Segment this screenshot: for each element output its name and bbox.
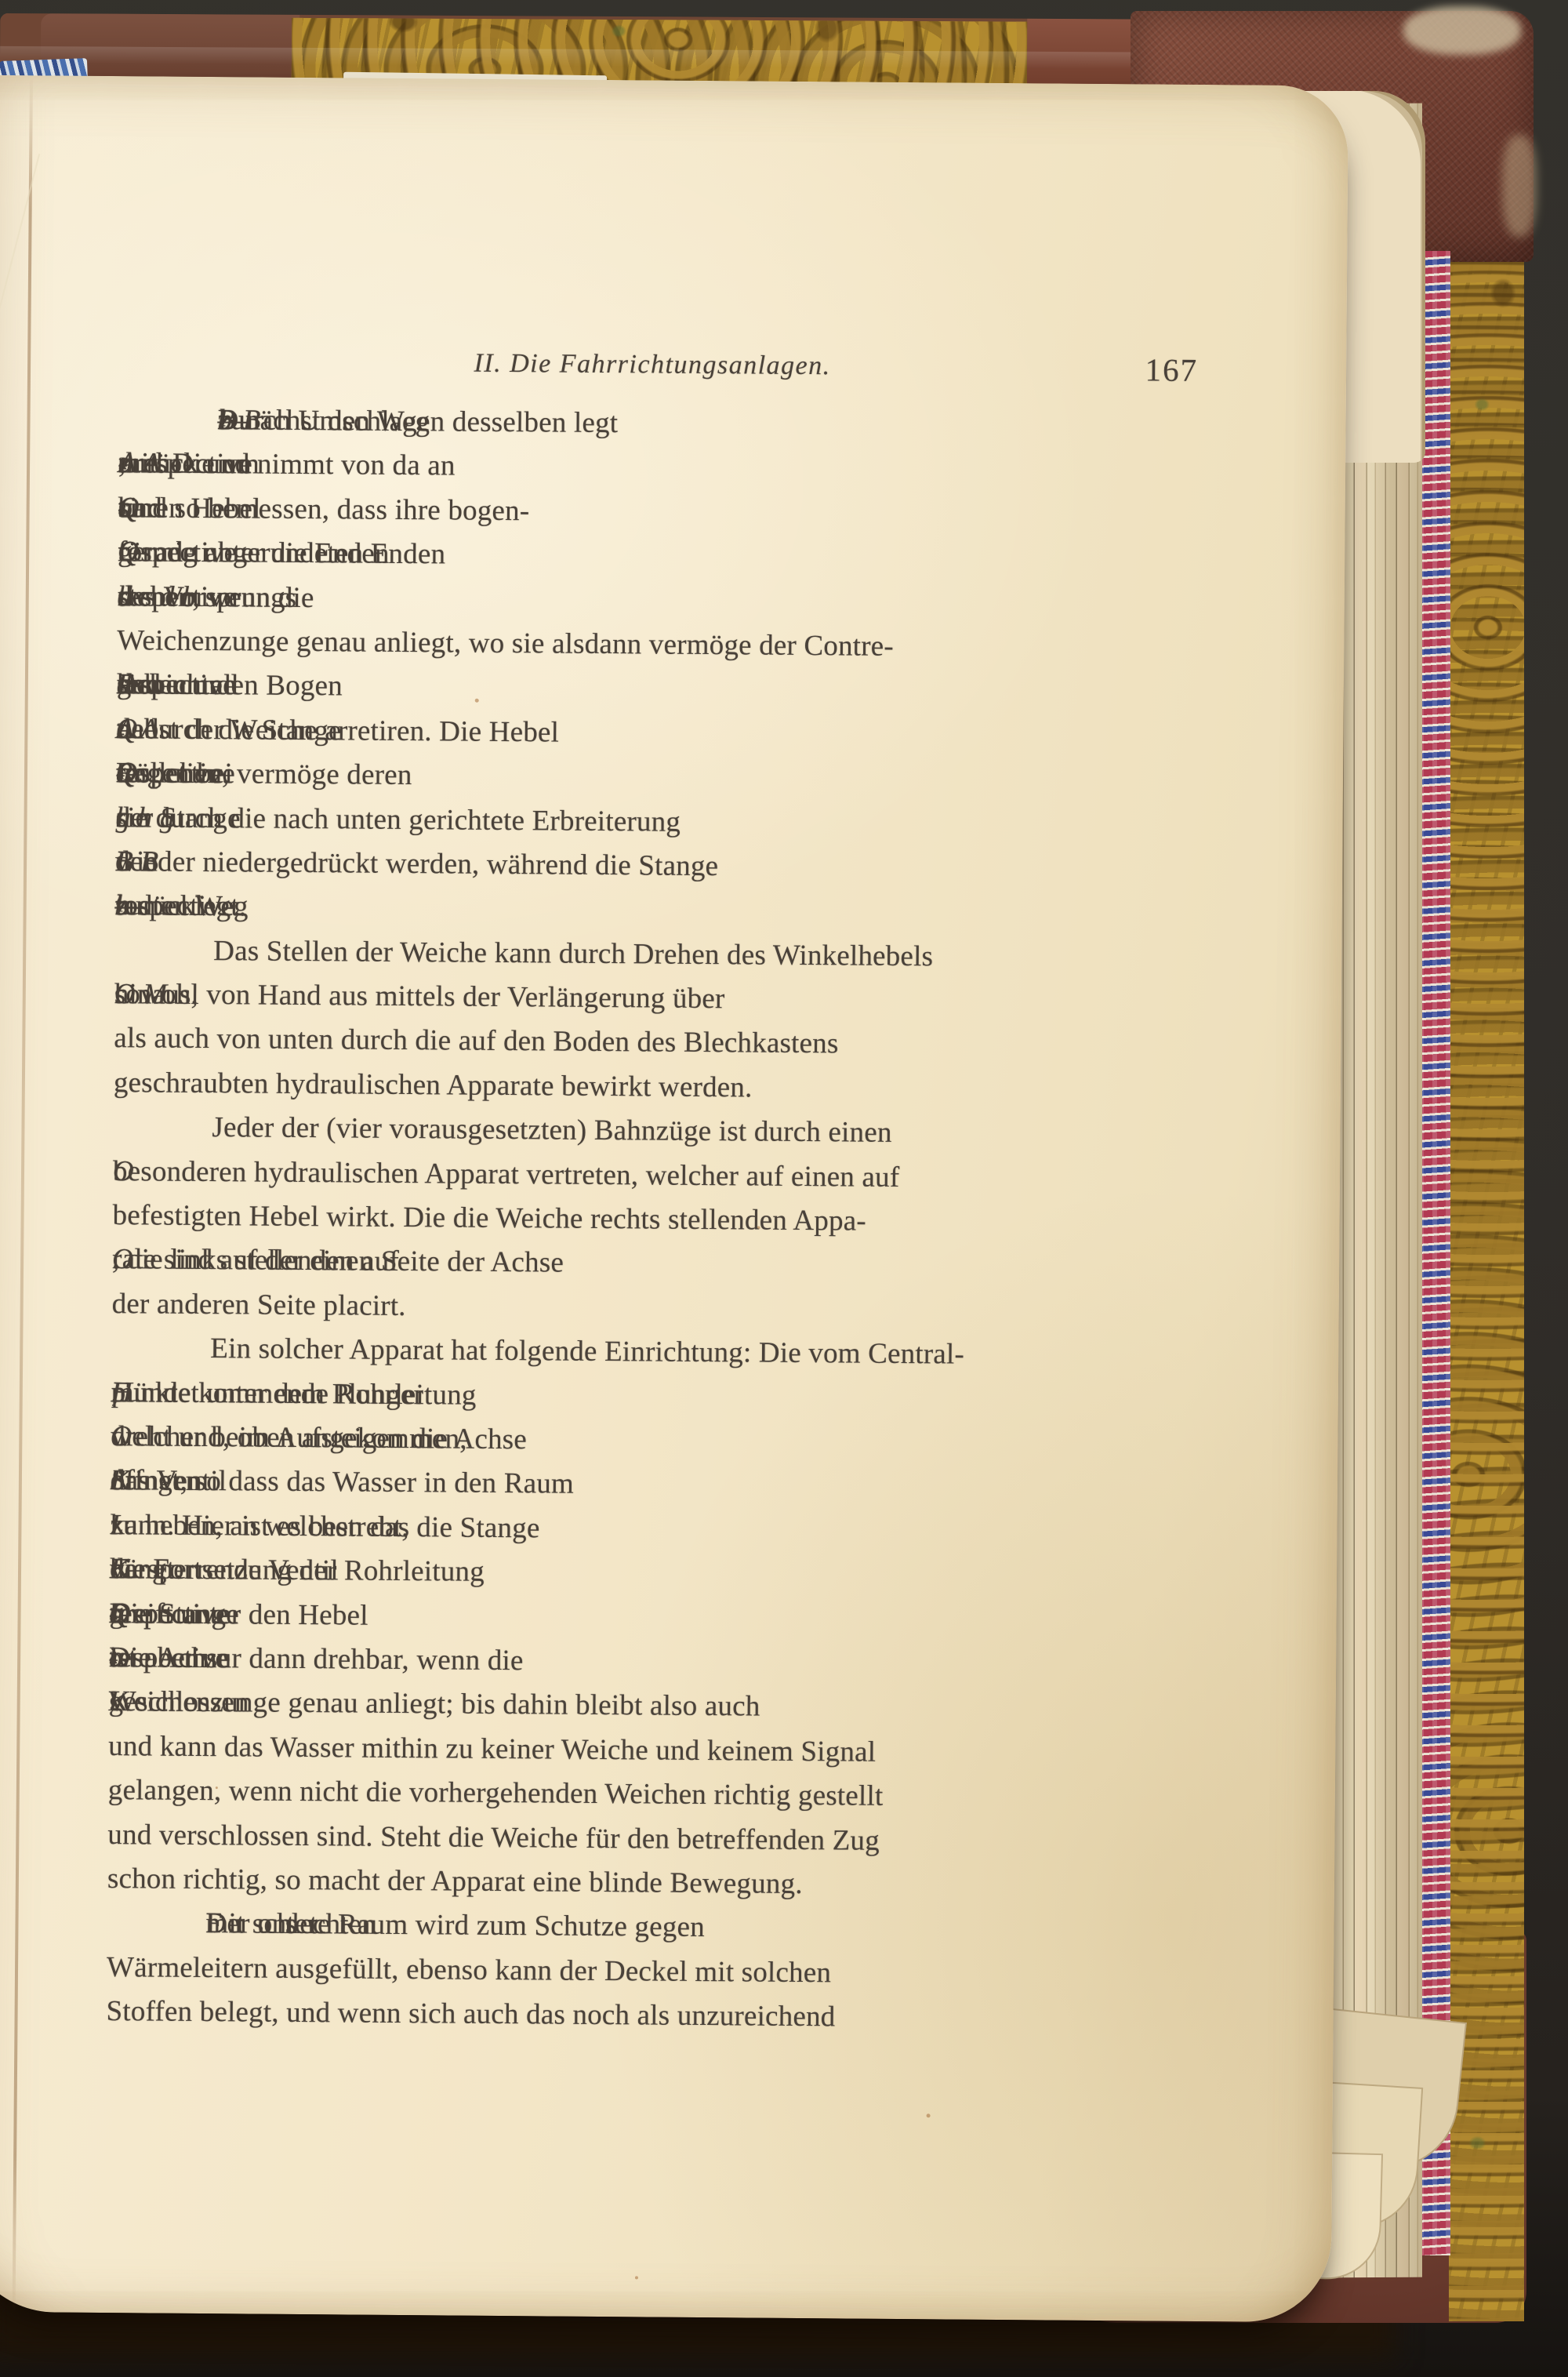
text-run: Weichenzunge genau anliegt, wo sie alsda… [117, 619, 894, 669]
text-run: der Stange [115, 796, 241, 841]
text-run: hinaus, [114, 972, 199, 1017]
text-run: besonderen hydraulischen Apparat vertret… [113, 1150, 900, 1200]
text-run: hängt. [110, 1547, 183, 1592]
text-run: mit schlechten [205, 1902, 376, 1947]
text-run: schon richtig, so macht der Apparat eine… [107, 1857, 803, 1906]
text-run: nebst der Weiche arretiren. Die Hebel [116, 707, 559, 755]
text-run: Jeder der (vier vorausgesetzten) Bahnzüg… [212, 1106, 892, 1155]
text-run: dringen [111, 1459, 201, 1503]
cover-marbled-board-edge [1449, 93, 1524, 2321]
text-run: geschlossen [108, 1680, 249, 1725]
text-block: Durch Umschlagen desselben legt B B1 zun… [106, 398, 1225, 2042]
page-number: 167 [1145, 351, 1198, 389]
worn-patch [1403, 6, 1521, 55]
text-run: und kann das Wasser mithin zu keiner Wei… [108, 1725, 876, 1775]
text-line: Stoffen belegt, und wenn sich auch das n… [106, 1990, 1213, 2042]
text-run: als auch von unten durch die auf den Bod… [114, 1017, 839, 1067]
text-run: Stoffen belegt, und wenn sich auch das n… [106, 1990, 835, 2040]
text-run: wieder niedergedrückt werden, während di… [115, 840, 719, 889]
text-run: heben und [117, 663, 238, 708]
text-run: gerade unter die Enden [118, 530, 390, 576]
text-run: Wärmeleitern ausgefüllt, ebenso kann der… [107, 1946, 832, 1996]
text-run: stehen, wenn die [118, 575, 314, 620]
page-crease [0, 154, 40, 580]
text-run: sind so bemessen, dass ihre bogen- [118, 486, 529, 534]
text-run: dreht und, oben angekommen, [111, 1415, 467, 1462]
gutter-crease [13, 75, 33, 2312]
fore-edge-marbling [1419, 251, 1450, 2255]
subscript: 1 [217, 398, 227, 442]
text-run: Ein solcher Apparat hat folgende Einrich… [210, 1327, 964, 1377]
text-run: den [115, 840, 158, 885]
text-run: Das Stellen der Weiche kann durch Drehen… [213, 929, 933, 980]
text-run: , [111, 1371, 119, 1415]
worn-patch [1502, 135, 1537, 237]
text-run: der anderen Seite placirt. [111, 1282, 405, 1328]
running-title: II. Die Fahrrichtungsanlagen. [119, 346, 1185, 384]
text-run: zunächst den Weg [217, 398, 430, 445]
text-run: mündet unter dem Plunger [111, 1371, 424, 1418]
page-header: II. Die Fahrrichtungsanlagen. 167 [119, 346, 1226, 402]
text-run: ist aber nur dann drehbar, wenn die [109, 1636, 524, 1684]
book-page: II. Die Fahrrichtungsanlagen. 167 Durch … [0, 75, 1348, 2323]
math-variable: O [113, 1150, 134, 1194]
text-run: geschraubten hydraulischen Apparate bewi… [114, 1061, 753, 1110]
scanned-book-photo: II. Die Fahrrichtungsanlagen. 167 Durch … [0, 0, 1568, 2377]
text-run: dreh- [118, 442, 181, 486]
text-run: , die links stellenden auf [112, 1238, 399, 1284]
text-run: sowohl von Hand aus mittels der Verlänge… [114, 972, 725, 1022]
text-run: zu heben, an welchen das [110, 1503, 409, 1550]
text-run: . [109, 1592, 117, 1636]
text-run: und verschlossen sind. Steht die Weiche … [107, 1813, 880, 1863]
text-run: Röllchen, vermöge deren [116, 751, 412, 798]
page-speckle [635, 2276, 638, 2279]
math-variable: Q [116, 707, 137, 752]
page-speckle [927, 2113, 931, 2117]
text-run: befestigten Hebel wirkt. Die die Weiche … [112, 1194, 866, 1244]
text-run: gelangen, wenn nicht die vorhergehenden … [108, 1768, 884, 1819]
text-run: zurücklegt. [114, 884, 246, 929]
